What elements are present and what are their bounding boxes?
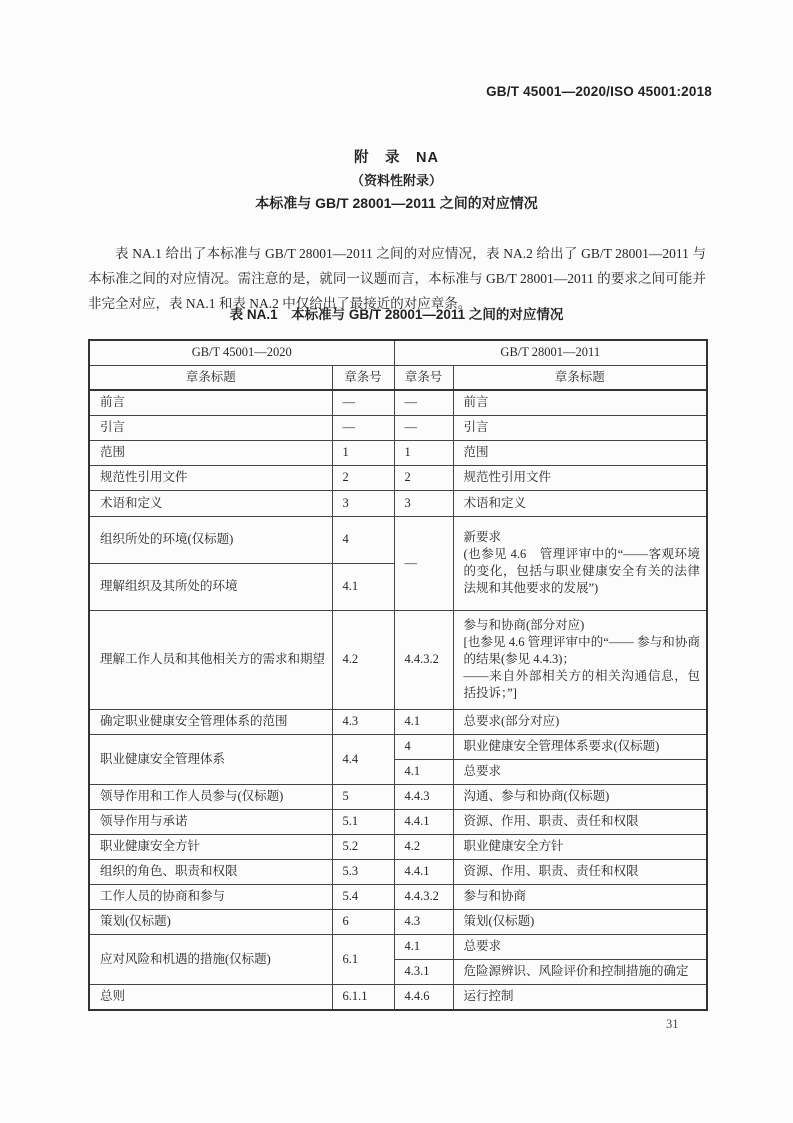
cell-title-28001: 术语和定义 xyxy=(453,490,707,516)
cell-clause-45001: 3 xyxy=(332,490,394,516)
table-row: 总则 6.1.1 4.4.6 运行控制 xyxy=(89,984,707,1010)
cell-title-45001: 工作人员的协商和参与 xyxy=(89,884,332,909)
table-row: 范围 1 1 范围 xyxy=(89,440,707,465)
document-page: GB/T 45001—2020/ISO 45001:2018 附 录 NA （资… xyxy=(0,0,793,1123)
cell-clause-28001: — xyxy=(394,390,453,415)
group-header-gbt45001: GB/T 45001—2020 xyxy=(89,340,394,365)
cell-clause-45001: 5.2 xyxy=(332,834,394,859)
cell-clause-45001: 1 xyxy=(332,440,394,465)
cell-clause-28001: 4.4.1 xyxy=(394,809,453,834)
cell-clause-28001: 4.1 xyxy=(394,934,453,959)
cell-title-45001: 领导作用与承诺 xyxy=(89,809,332,834)
table-row: 术语和定义 3 3 术语和定义 xyxy=(89,490,707,516)
cell-clause-28001: 4.4.3 xyxy=(394,784,453,809)
cell-title-28001: 新要求 (也参见 4.6 管理评审中的“——客观环境的变化，包括与职业健康安全有… xyxy=(453,516,707,610)
appendix-title-block: 附 录 NA （资料性附录） 本标准与 GB/T 28001—2011 之间的对… xyxy=(0,150,793,211)
cell-title-45001: 理解工作人员和其他相关方的需求和期望 xyxy=(89,610,332,709)
cell-clause-45001: 4.1 xyxy=(332,563,394,610)
col-header-title-28001: 章条标题 xyxy=(453,365,707,390)
cell-title-45001: 术语和定义 xyxy=(89,490,332,516)
cell-title-28001: 运行控制 xyxy=(453,984,707,1010)
cell-clause-28001: — xyxy=(394,516,453,610)
cell-clause-45001: 4 xyxy=(332,516,394,563)
table-row: 规范性引用文件 2 2 规范性引用文件 xyxy=(89,465,707,490)
cell-clause-45001: 5 xyxy=(332,784,394,809)
cell-title-28001: 资源、作用、职责、责任和权限 xyxy=(453,859,707,884)
cell-clause-45001: 6.1.1 xyxy=(332,984,394,1010)
cell-clause-45001: — xyxy=(332,390,394,415)
cell-clause-45001: 4.2 xyxy=(332,610,394,709)
cell-clause-45001: — xyxy=(332,415,394,440)
cell-clause-28001: — xyxy=(394,415,453,440)
cell-title-45001: 应对风险和机遇的措施(仅标题) xyxy=(89,934,332,984)
table-row: 应对风险和机遇的措施(仅标题) 6.1 4.1 总要求 xyxy=(89,934,707,959)
table-row: 组织的角色、职责和权限 5.3 4.4.1 资源、作用、职责、责任和权限 xyxy=(89,859,707,884)
cell-clause-28001: 4.4.3.2 xyxy=(394,884,453,909)
cell-clause-28001: 4.3.1 xyxy=(394,959,453,984)
cell-clause-28001: 4.4.6 xyxy=(394,984,453,1010)
cell-title-45001: 范围 xyxy=(89,440,332,465)
table-row: 策划(仅标题) 6 4.3 策划(仅标题) xyxy=(89,909,707,934)
standard-number-header: GB/T 45001—2020/ISO 45001:2018 xyxy=(486,84,712,99)
cell-title-28001: 总要求 xyxy=(453,759,707,784)
cell-clause-28001: 4.1 xyxy=(394,709,453,734)
cell-title-28001: 策划(仅标题) xyxy=(453,909,707,934)
cell-title-28001: 总要求(部分对应) xyxy=(453,709,707,734)
appendix-subtitle: （资料性附录） xyxy=(0,173,793,188)
page-number: 31 xyxy=(666,1017,679,1032)
group-header-gbt28001: GB/T 28001—2011 xyxy=(394,340,707,365)
col-header-clause-28001: 章条号 xyxy=(394,365,453,390)
cell-clause-45001: 5.4 xyxy=(332,884,394,909)
table-row: 职业健康安全方针 5.2 4.2 职业健康安全方针 xyxy=(89,834,707,859)
cell-clause-45001: 4.4 xyxy=(332,734,394,784)
cell-clause-45001: 5.1 xyxy=(332,809,394,834)
cell-title-45001: 前言 xyxy=(89,390,332,415)
cell-title-28001: 沟通、参与和协商(仅标题) xyxy=(453,784,707,809)
table-row: 理解工作人员和其他相关方的需求和期望 4.2 4.4.3.2 参与和协商(部分对… xyxy=(89,610,707,709)
cell-clause-28001: 4.3 xyxy=(394,909,453,934)
table-caption: 表 NA.1 本标准与 GB/T 28001—2011 之间的对应情况 xyxy=(0,303,793,323)
table-row: 职业健康安全管理体系 4.4 4 职业健康安全管理体系要求(仅标题) xyxy=(89,734,707,759)
cell-title-45001: 引言 xyxy=(89,415,332,440)
cell-title-28001: 参与和协商(部分对应) [也参见 4.6 管理评审中的“—— 参与和协商的结果(… xyxy=(453,610,707,709)
cell-clause-45001: 2 xyxy=(332,465,394,490)
cell-clause-28001: 2 xyxy=(394,465,453,490)
cell-title-45001: 领导作用和工作人员参与(仅标题) xyxy=(89,784,332,809)
cell-title-28001: 总要求 xyxy=(453,934,707,959)
col-header-clause-45001: 章条号 xyxy=(332,365,394,390)
cell-title-28001: 职业健康安全方针 xyxy=(453,834,707,859)
table-row: 工作人员的协商和参与 5.4 4.4.3.2 参与和协商 xyxy=(89,884,707,909)
cell-title-45001: 职业健康安全方针 xyxy=(89,834,332,859)
table-row: 确定职业健康安全管理体系的范围 4.3 4.1 总要求(部分对应) xyxy=(89,709,707,734)
cell-title-45001: 确定职业健康安全管理体系的范围 xyxy=(89,709,332,734)
col-header-title-45001: 章条标题 xyxy=(89,365,332,390)
cell-clause-45001: 6 xyxy=(332,909,394,934)
cell-clause-28001: 3 xyxy=(394,490,453,516)
cell-clause-45001: 6.1 xyxy=(332,934,394,984)
column-header-row: 章条标题 章条号 章条号 章条标题 xyxy=(89,365,707,390)
cell-clause-28001: 1 xyxy=(394,440,453,465)
cell-title-45001: 策划(仅标题) xyxy=(89,909,332,934)
cell-title-45001: 总则 xyxy=(89,984,332,1010)
cell-clause-28001: 4.4.3.2 xyxy=(394,610,453,709)
cell-title-28001: 前言 xyxy=(453,390,707,415)
cell-title-28001: 规范性引用文件 xyxy=(453,465,707,490)
cell-clause-28001: 4 xyxy=(394,734,453,759)
cell-title-45001: 组织的角色、职责和权限 xyxy=(89,859,332,884)
cell-title-45001: 理解组织及其所处的环境 xyxy=(89,563,332,610)
cell-clause-28001: 4.1 xyxy=(394,759,453,784)
cell-title-45001: 职业健康安全管理体系 xyxy=(89,734,332,784)
group-header-row: GB/T 45001—2020 GB/T 28001—2011 xyxy=(89,340,707,365)
table-row: 引言 — — 引言 xyxy=(89,415,707,440)
cell-clause-45001: 4.3 xyxy=(332,709,394,734)
cell-title-28001: 范围 xyxy=(453,440,707,465)
cell-title-45001: 规范性引用文件 xyxy=(89,465,332,490)
appendix-title: 附 录 NA xyxy=(0,150,793,166)
cell-clause-28001: 4.2 xyxy=(394,834,453,859)
cell-clause-28001: 4.4.1 xyxy=(394,859,453,884)
cell-title-28001: 参与和协商 xyxy=(453,884,707,909)
cell-title-28001: 职业健康安全管理体系要求(仅标题) xyxy=(453,734,707,759)
cell-title-45001: 组织所处的环境(仅标题) xyxy=(89,516,332,563)
table-row: 前言 — — 前言 xyxy=(89,390,707,415)
cell-title-28001: 危险源辨识、风险评价和控制措施的确定 xyxy=(453,959,707,984)
cell-clause-45001: 5.3 xyxy=(332,859,394,884)
table-row: 领导作用和工作人员参与(仅标题) 5 4.4.3 沟通、参与和协商(仅标题) xyxy=(89,784,707,809)
appendix-heading: 本标准与 GB/T 28001—2011 之间的对应情况 xyxy=(0,195,793,211)
table-row: 组织所处的环境(仅标题) 4 — 新要求 (也参见 4.6 管理评审中的“——客… xyxy=(89,516,707,563)
cell-title-28001: 引言 xyxy=(453,415,707,440)
table-row: 领导作用与承诺 5.1 4.4.1 资源、作用、职责、责任和权限 xyxy=(89,809,707,834)
cell-title-28001: 资源、作用、职责、责任和权限 xyxy=(453,809,707,834)
correspondence-table: GB/T 45001—2020 GB/T 28001—2011 章条标题 章条号… xyxy=(88,339,708,1011)
